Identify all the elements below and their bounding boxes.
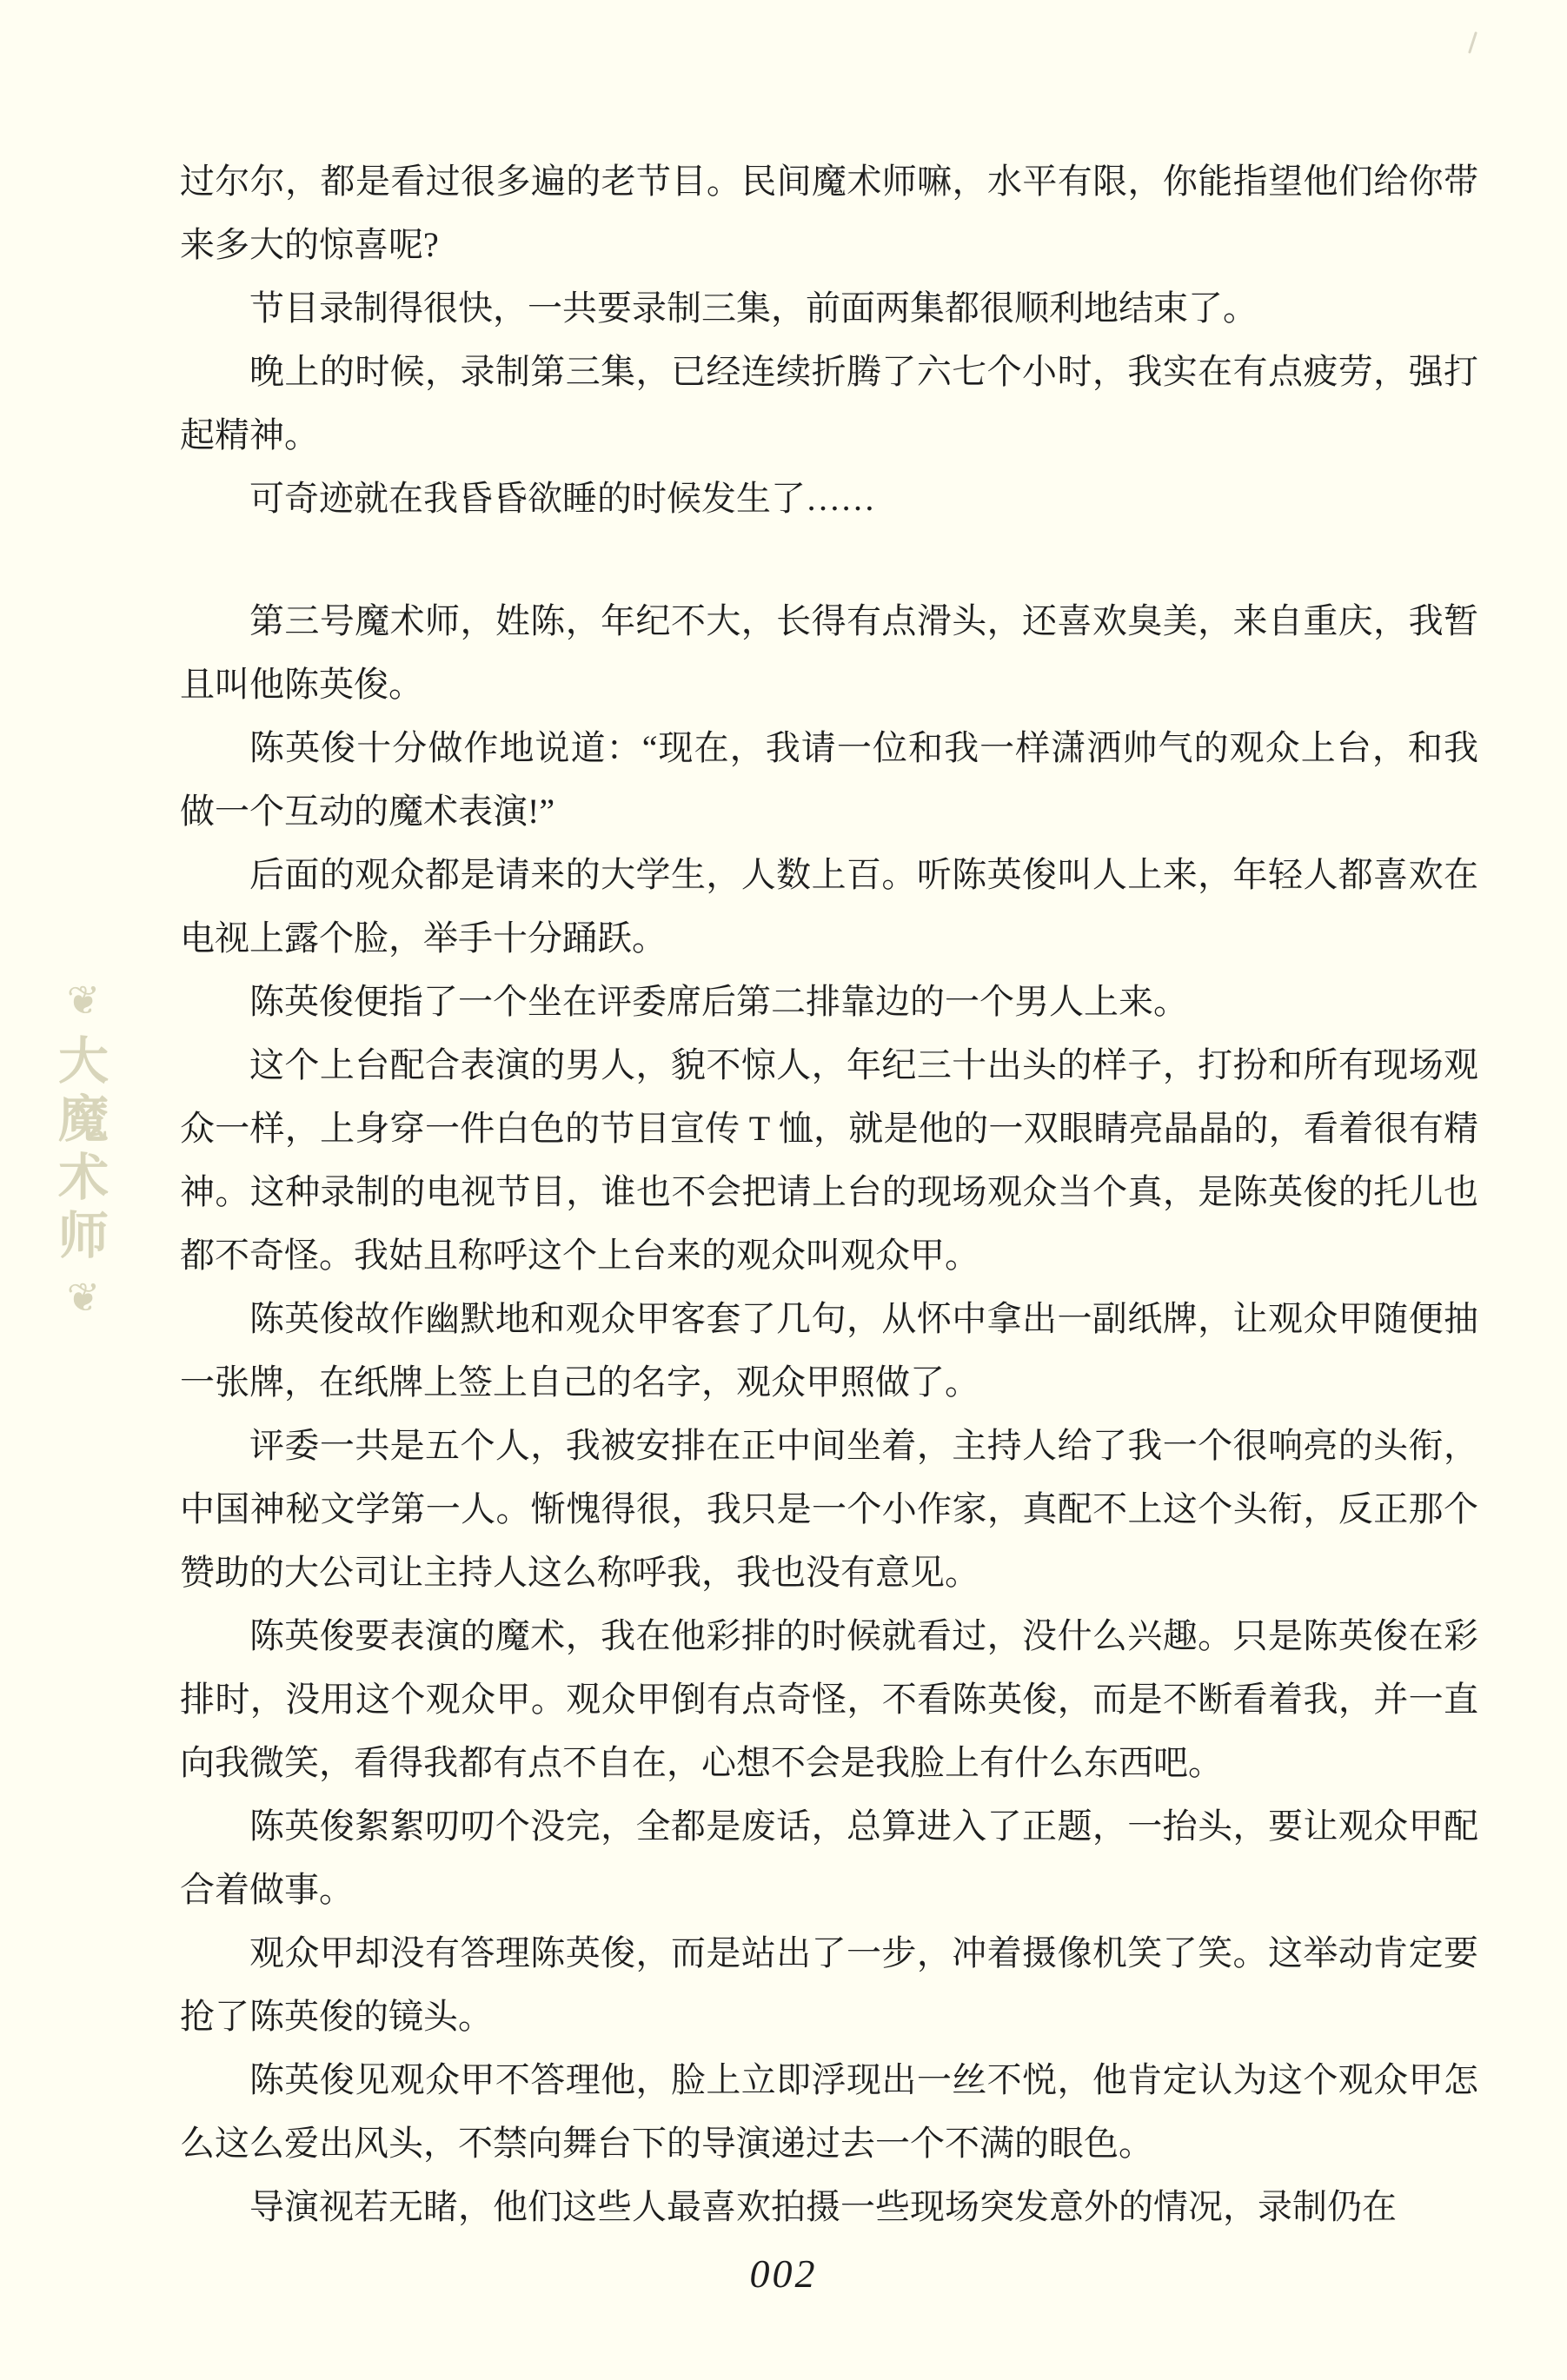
body-text: 过尔尔，都是看过很多遍的老节目。民间魔术师嘛，水平有限，你能指望他们给你带来多大…: [180, 149, 1478, 2238]
paragraph: 节目录制得很快，一共要录制三集，前面两集都很顺利地结束了。: [180, 276, 1478, 340]
paragraph: 这个上台配合表演的男人，貌不惊人，年纪三十出头的样子，打扮和所有现场观众一样，上…: [180, 1033, 1478, 1287]
paragraph: 过尔尔，都是看过很多遍的老节目。民间魔术师嘛，水平有限，你能指望他们给你带来多大…: [180, 149, 1478, 276]
paragraph: 观众甲却没有答理陈英俊，而是站出了一步，冲着摄像机笑了笑。这举动肯定要抢了陈英俊…: [180, 1921, 1478, 2048]
margin-watermark: ❦ 大 魔 术 师 ❦: [43, 978, 123, 1321]
paragraph: 陈英俊见观众甲不答理他，脸上立即浮现出一丝不悦，他肯定认为这个观众甲怎么这么爱出…: [180, 2048, 1478, 2175]
paragraph: 陈英俊絮絮叨叨个没完，全都是废话，总算进入了正题，一抬头，要让观众甲配合着做事。: [180, 1794, 1478, 1921]
paragraph: 第三号魔术师，姓陈，年纪不大，长得有点滑头，还喜欢臭美，来自重庆，我暂且叫他陈英…: [180, 589, 1478, 716]
watermark-char: 术: [58, 1149, 109, 1207]
book-page-scan: ❦ 大 魔 术 师 ❦ 过尔尔，都是看过很多遍的老节目。民间魔术师嘛，水平有限，…: [0, 0, 1567, 2380]
paragraph: 陈英俊十分做作地说道：“现在，我请一位和我一样潇洒帅气的观众上台，和我做一个互动…: [180, 716, 1478, 843]
paragraph: 陈英俊要表演的魔术，我在他彩排的时候就看过，没什么兴趣。只是陈英俊在彩排时，没用…: [180, 1604, 1478, 1794]
paragraph: 可奇迹就在我昏昏欲睡的时候发生了……: [180, 467, 1478, 530]
watermark-char: 魔: [58, 1091, 109, 1149]
fleuron-icon: ❦: [67, 1276, 101, 1321]
paragraph: 晚上的时候，录制第三集，已经连续折腾了六七个小时，我实在有点疲劳，强打起精神。: [180, 340, 1478, 467]
watermark-char: 大: [58, 1032, 109, 1091]
page-number: 002: [0, 2251, 1567, 2297]
watermark-char: 师: [58, 1207, 109, 1265]
paragraph: 陈英俊便指了一个坐在评委席后第二排靠边的一个男人上来。: [180, 970, 1478, 1033]
paragraph: 后面的观众都是请来的大学生，人数上百。听陈英俊叫人上来，年轻人都喜欢在电视上露个…: [180, 843, 1478, 970]
paragraph: 评委一共是五个人，我被安排在正中间坐着，主持人给了我一个很响亮的头衔，中国神秘文…: [180, 1414, 1478, 1604]
paragraph: 导演视若无睹，他们这些人最喜欢拍摄一些现场突发意外的情况，录制仍在: [180, 2175, 1478, 2238]
paragraph: 陈英俊故作幽默地和观众甲客套了几句，从怀中拿出一副纸牌，让观众甲随便抽一张牌，在…: [180, 1287, 1478, 1414]
fleuron-icon: ❦: [67, 978, 101, 1024]
scan-artifact: [1468, 31, 1477, 54]
